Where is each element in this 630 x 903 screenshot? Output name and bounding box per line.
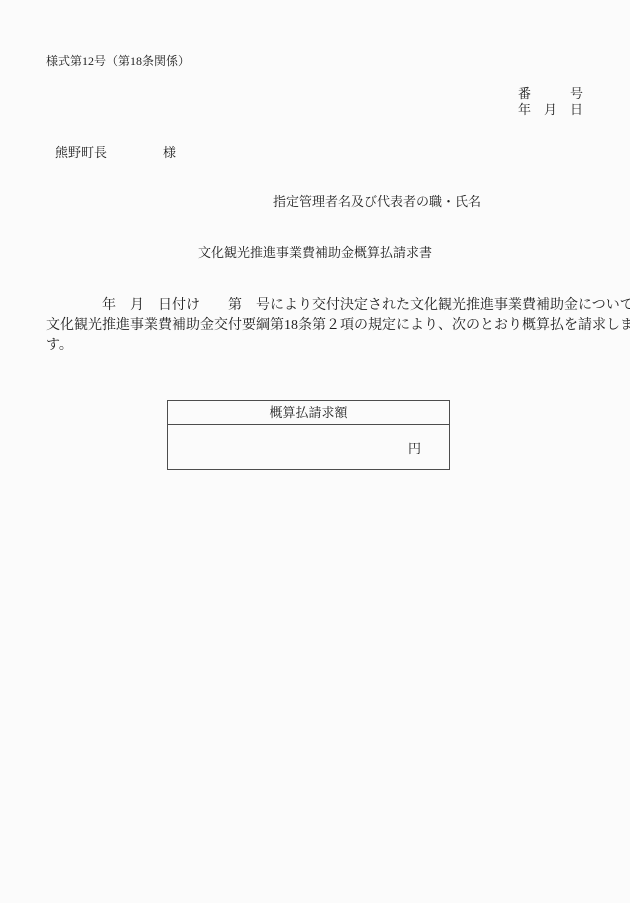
- body-paragraph-line: 年 月 日付け 第 号により交付決定された文化観光推進事業費補助金について、: [46, 296, 626, 316]
- addressee-honorific: 様: [163, 142, 176, 161]
- addressee-name: 熊野町長: [55, 142, 107, 161]
- body-paragraph-line: す。: [46, 336, 626, 356]
- document-date-line: 年 月 日: [518, 102, 583, 118]
- document-page: 様式第12号（第18条関係） 番 号 年 月 日 熊野町長 様 指定管理者名及び…: [0, 0, 630, 903]
- applicant-label: 指定管理者名及び代表者の職・氏名: [273, 191, 481, 210]
- addressee-line: 熊野町長 様: [0, 142, 630, 158]
- amount-unit-label: 円: [408, 438, 421, 457]
- body-paragraph: 年 月 日付け 第 号により交付決定された文化観光推進事業費補助金について、 文…: [46, 296, 626, 356]
- amount-table-header: 概算払請求額: [168, 401, 449, 425]
- amount-table: 概算払請求額 円: [167, 400, 450, 470]
- form-number-label: 様式第12号（第18条関係）: [46, 52, 190, 69]
- body-paragraph-line: 文化観光推進事業費補助金交付要綱第18条第２項の規定により、次のとおり概算払を請…: [46, 316, 626, 336]
- document-number-date-block: 番 号 年 月 日: [518, 86, 583, 118]
- document-title: 文化観光推進事業費補助金概算払請求書: [0, 242, 630, 261]
- document-number-line: 番 号: [518, 86, 583, 102]
- amount-table-cell: 円: [168, 425, 449, 469]
